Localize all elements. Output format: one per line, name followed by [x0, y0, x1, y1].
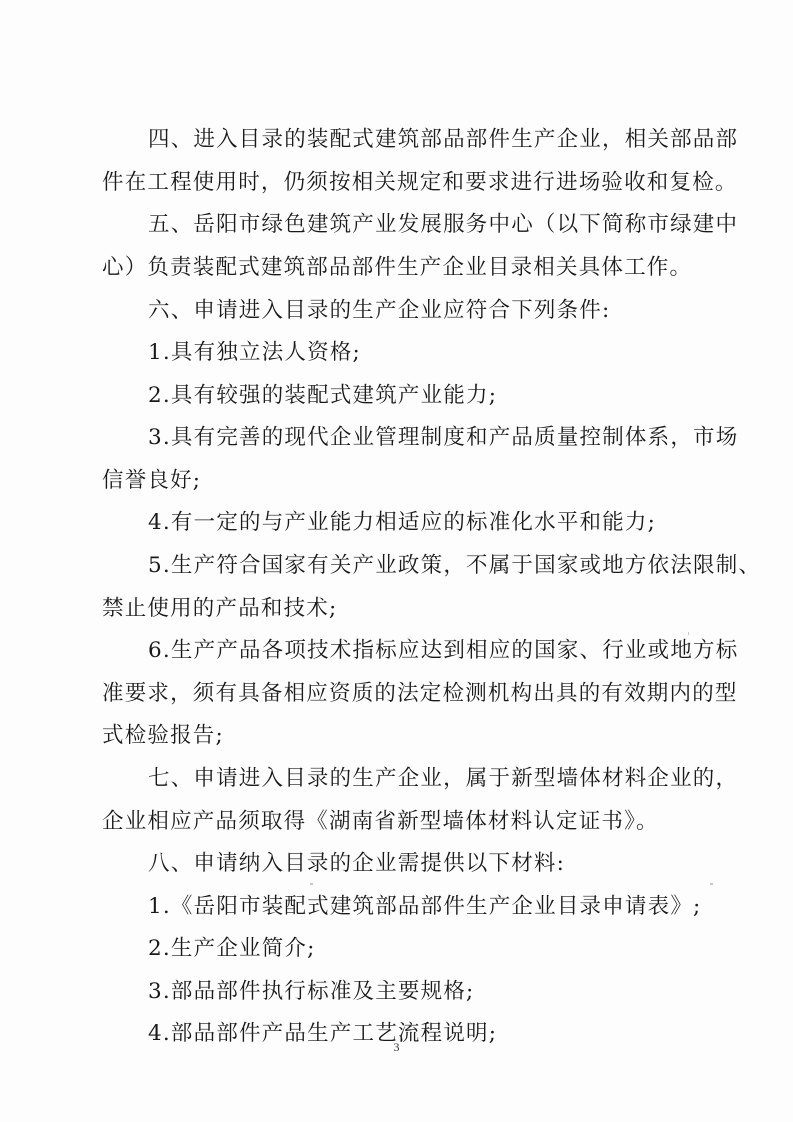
scan-speck — [710, 883, 713, 885]
paragraph-6-heading: 六、申请进入目录的生产企业应符合下列条件: — [148, 296, 768, 326]
material-1: 1.《岳阳市装配式建筑部品部件生产企业目录申请表》; — [148, 892, 768, 922]
condition-5-line-2: 禁止使用的产品和技术; — [102, 594, 722, 624]
condition-1: 1.具有独立法人资格; — [148, 338, 768, 368]
condition-6-line-2: 准要求，须有具备相应资质的法定检测机构出具的有效期内的型 — [102, 679, 722, 709]
paragraph-4-line-2: 件在工程使用时，仍须按相关规定和要求进行进场验收和复检。 — [102, 168, 722, 198]
material-2: 2.生产企业简介; — [148, 934, 768, 964]
scan-speck — [688, 632, 689, 635]
condition-5-line-1: 5.生产符合国家有关产业政策，不属于国家或地方依法限制、 — [148, 551, 768, 581]
condition-3-line-2: 信誉良好; — [102, 466, 722, 496]
document-page: 四、进入目录的装配式建筑部品部件生产企业，相关部品部 件在工程使用时，仍须按相关… — [0, 0, 793, 1122]
condition-6-line-1: 6.生产产品各项技术指标应达到相应的国家、行业或地方标 — [148, 636, 768, 666]
paragraph-5-line-2: 心）负责装配式建筑部品部件生产企业目录相关具体工作。 — [102, 253, 722, 283]
scan-speck — [310, 883, 313, 885]
paragraph-7-line-1: 七、申请进入目录的生产企业，属于新型墙体材料企业的， — [148, 764, 768, 794]
condition-4: 4.有一定的与产业能力相适应的标准化水平和能力; — [148, 508, 768, 538]
material-3: 3.部品部件执行标准及主要规格; — [148, 977, 768, 1007]
paragraph-5-line-1: 五、岳阳市绿色建筑产业发展服务中心（以下简称市绿建中 — [148, 210, 768, 240]
condition-3-line-1: 3.具有完善的现代企业管理制度和产品质量控制体系，市场 — [148, 423, 768, 453]
paragraph-7-line-2: 企业相应产品须取得《湖南省新型墙体材料认定证书》。 — [102, 807, 722, 837]
paragraph-8-heading: 八、申请纳入目录的企业需提供以下材料: — [148, 849, 768, 879]
page-number: 3 — [0, 1040, 793, 1055]
paragraph-4-line-1: 四、进入目录的装配式建筑部品部件生产企业，相关部品部 — [148, 125, 768, 155]
condition-2: 2.具有较强的装配式建筑产业能力; — [148, 381, 768, 411]
condition-6-line-3: 式检验报告; — [102, 721, 722, 751]
